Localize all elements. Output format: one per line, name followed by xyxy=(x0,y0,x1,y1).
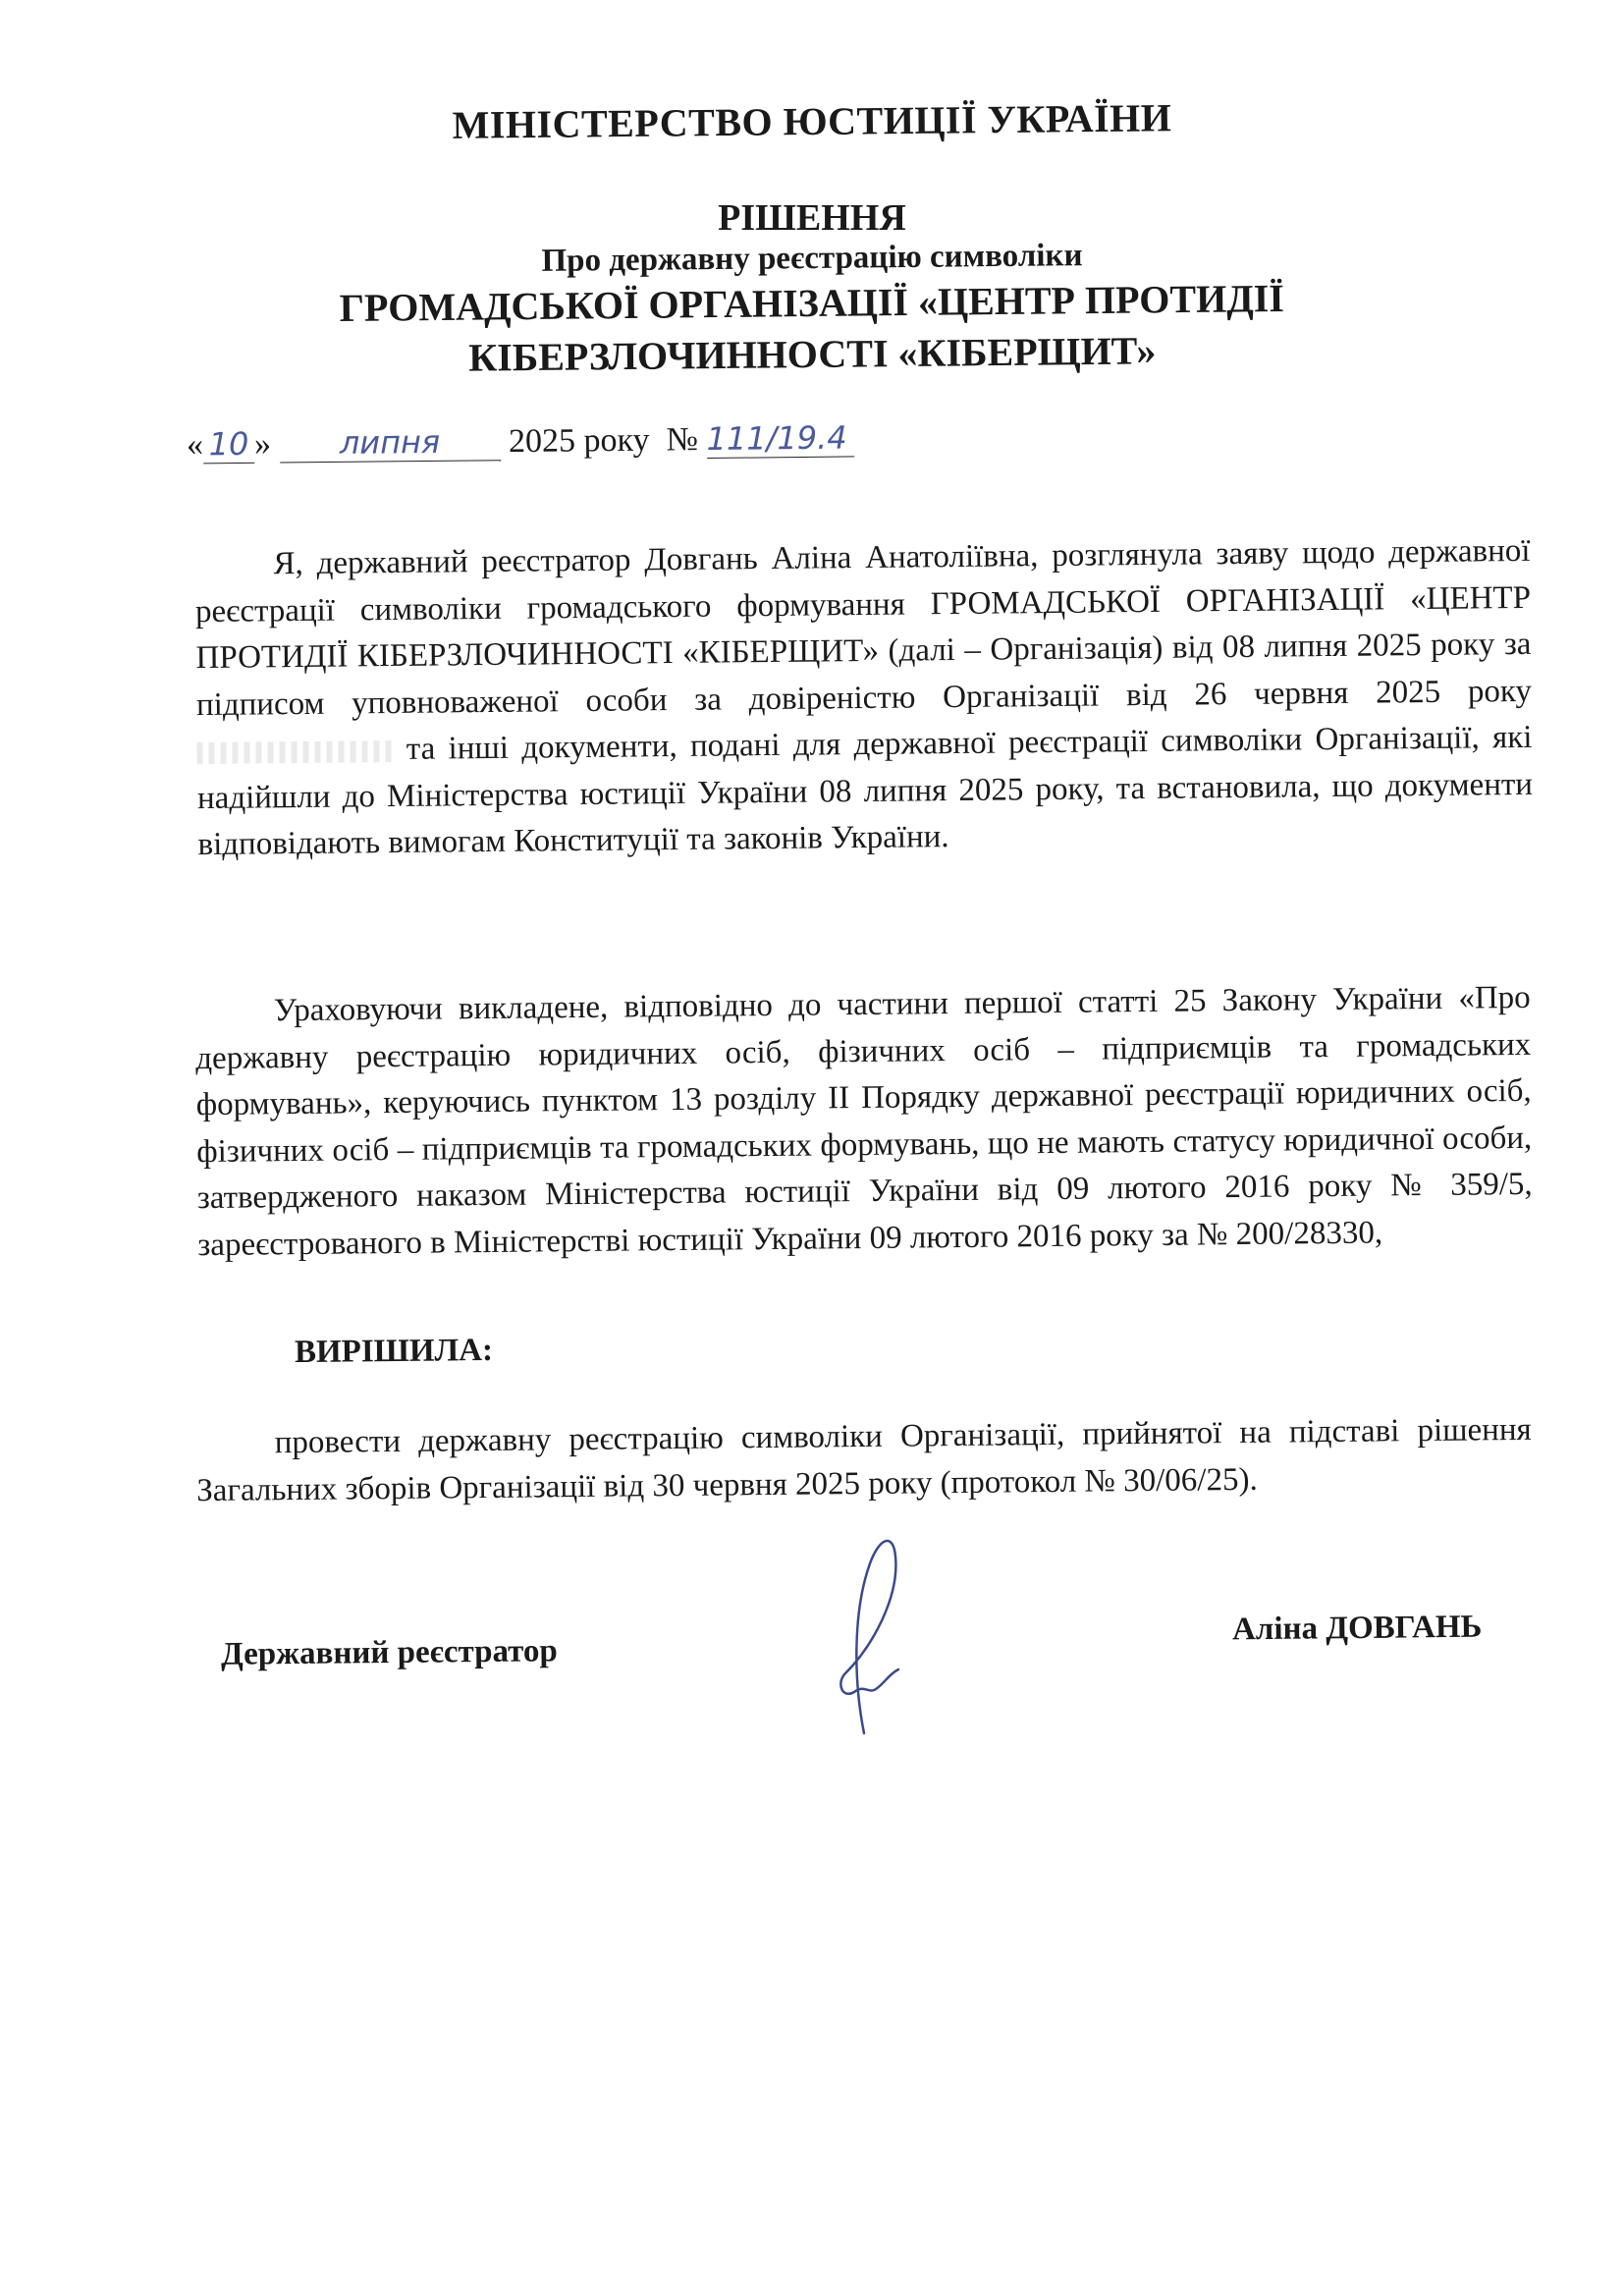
signatory-name: Аліна ДОВГАНЬ xyxy=(1232,1610,1483,1649)
paragraph-legal-basis-text: Ураховуючи викладене, відповідно до част… xyxy=(195,975,1534,1269)
handwritten-month: липня xyxy=(279,422,500,463)
ministry-header: МІНІСТЕРСТВО ЮСТИЦІЇ УКРАЇНИ xyxy=(0,89,1624,152)
paragraph-review-part2: та інші документи, подані для державної … xyxy=(197,720,1533,862)
year-text: 2025 року xyxy=(509,422,650,461)
paragraph-review: Я, державний реєстратор Довгань Аліна Ан… xyxy=(194,528,1533,869)
document-page: МІНІСТЕРСТВО ЮСТИЦІЇ УКРАЇНИ РІШЕННЯ Про… xyxy=(0,0,1624,2296)
paragraph-review-part1: Я, державний реєстратор Довгань Аліна Ан… xyxy=(195,533,1532,723)
document-dateline: «10» липня 2025 року № 111/19.4 xyxy=(187,418,854,464)
signatory-role: Державний реєстратор xyxy=(221,1633,558,1673)
number-sign: № xyxy=(666,421,698,458)
paragraph-resolution-text: провести державну реєстрацію символіки О… xyxy=(196,1407,1533,1514)
document-title: РІШЕННЯ xyxy=(0,196,1624,240)
open-quote: « xyxy=(187,426,203,463)
handwritten-number: 111/19.4 xyxy=(706,418,853,459)
signature-icon xyxy=(815,1527,923,1743)
paragraph-resolution: провести державну реєстрацію символіки О… xyxy=(196,1407,1533,1514)
resolved-heading: ВИРІШИЛА: xyxy=(295,1333,493,1371)
organization-title: ГРОМАДСЬКОЇ ОРГАНІЗАЦІЇ «ЦЕНТР ПРОТИДІЇ … xyxy=(0,269,1624,388)
close-quote: » xyxy=(254,426,271,463)
paragraph-legal-basis: Ураховуючи викладене, відповідно до част… xyxy=(195,975,1534,1269)
handwritten-day: 10 xyxy=(203,425,254,465)
redacted-name xyxy=(196,740,393,764)
